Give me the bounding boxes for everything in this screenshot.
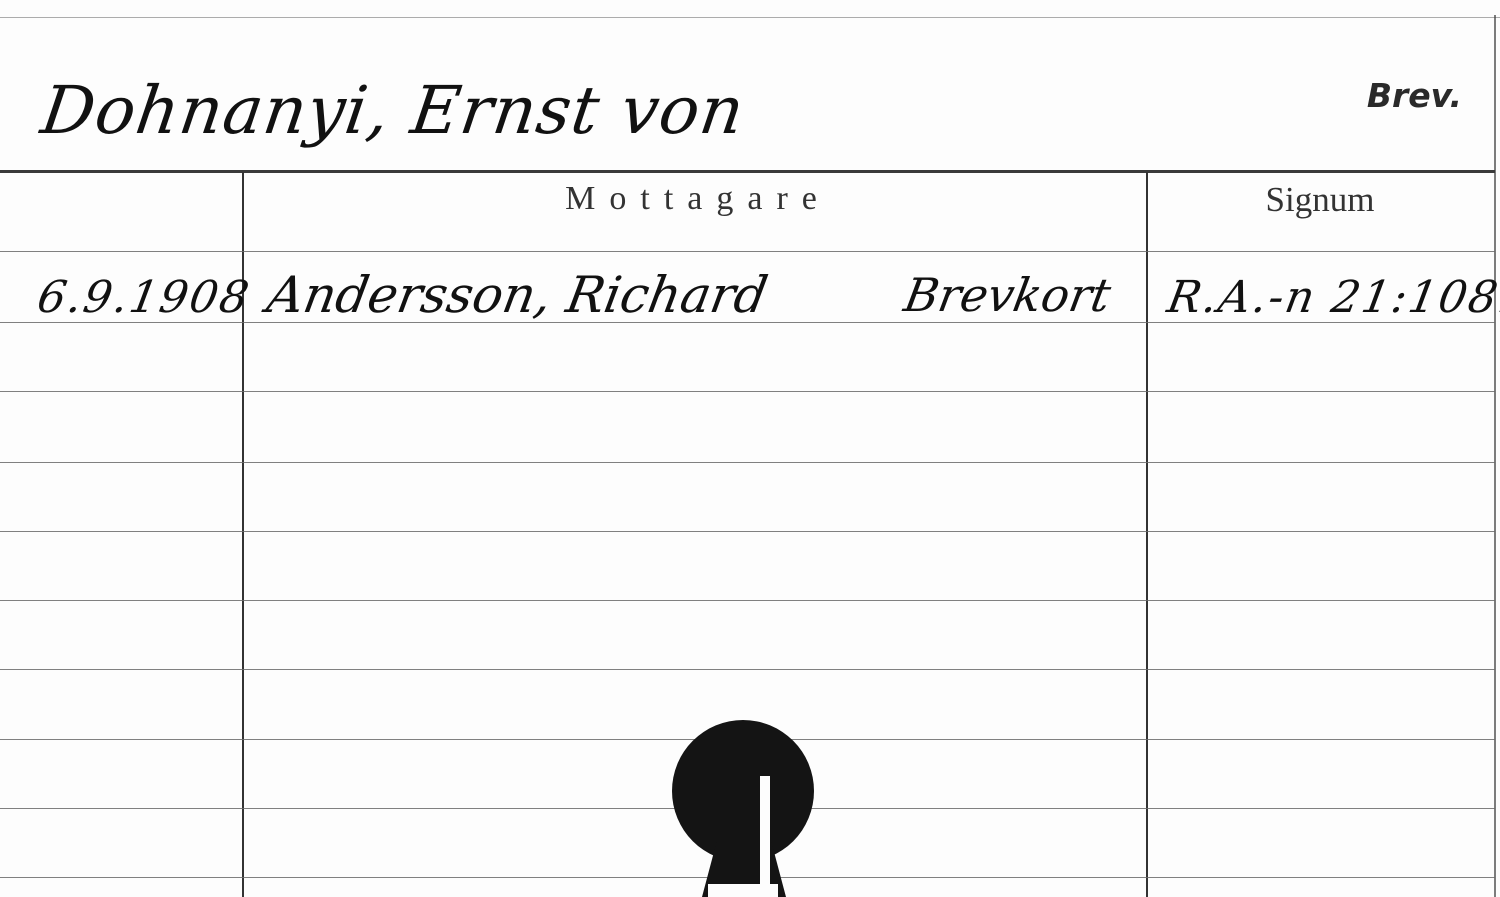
column-header-recipient: Mottagare [248, 180, 1148, 218]
row-1-type: Brevkort [900, 268, 1115, 322]
column-header-signum: Signum [1150, 180, 1490, 220]
correspondent-name: Dohnanyi, Ernst von [37, 72, 750, 149]
row-rule [0, 391, 1495, 392]
right-card-edge [1494, 15, 1496, 897]
top-edge-rule [0, 17, 1500, 18]
punch-hole-slot [760, 776, 770, 897]
row-rule [0, 531, 1495, 532]
signum-column-divider [1146, 172, 1148, 897]
row-rule [0, 251, 1495, 252]
punch-hole-slot-base [708, 884, 778, 897]
index-card: Dohnanyi, Ernst von Brev. Mottagare Sign… [0, 0, 1500, 897]
row-rule [0, 600, 1495, 601]
row-1-date: 6.9.1908 [34, 272, 255, 323]
row-1-signum: R.A.-n 21:1081 [1164, 272, 1500, 323]
row-1-recipient: Andersson, Richard [263, 266, 772, 324]
row-rule [0, 462, 1495, 463]
category-label: Brev. [1367, 76, 1462, 115]
row-rule [0, 669, 1495, 670]
header-rule [0, 170, 1495, 173]
